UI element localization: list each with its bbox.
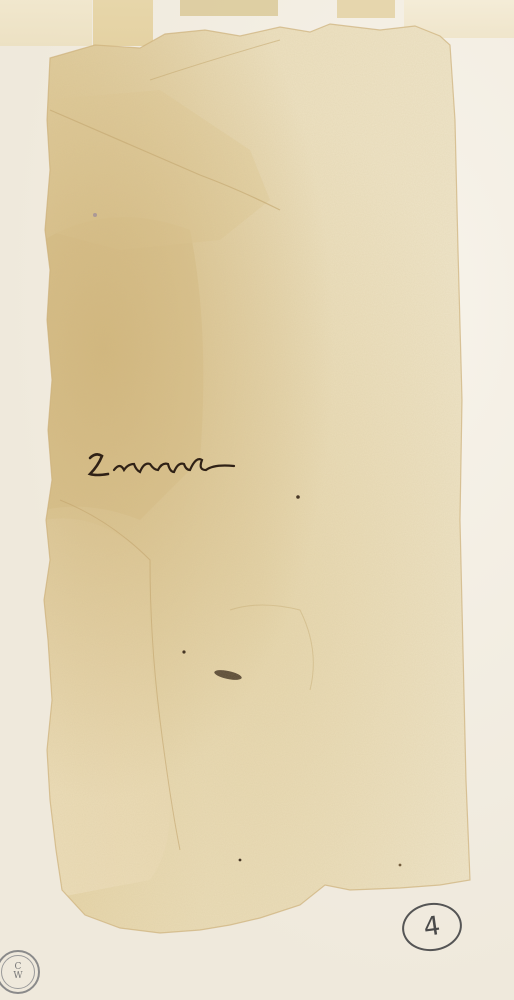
page-number-text: 4 bbox=[422, 911, 443, 943]
stamp-inner-ring: C W bbox=[1, 955, 35, 989]
paper-fragment bbox=[0, 0, 514, 1000]
stamp-letter-bottom: W bbox=[13, 972, 22, 981]
handwritten-annotation: Levanda bbox=[84, 448, 244, 488]
